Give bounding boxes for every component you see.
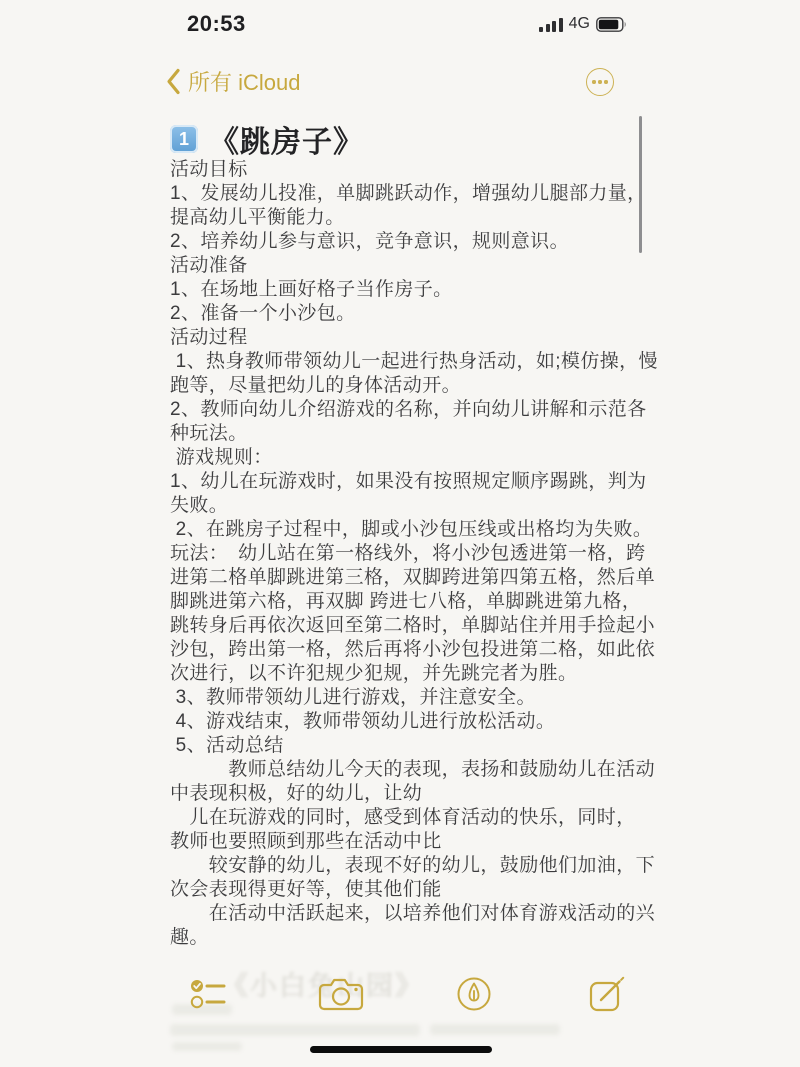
- signal-strength-icon: [539, 17, 563, 32]
- note-line: 教师总结幼儿今天的表现，表扬和鼓励幼儿在活动: [170, 758, 650, 782]
- note-title-row: 1 《跳房子》: [170, 117, 364, 161]
- note-line: 2、准备一个小沙包。: [170, 302, 650, 326]
- note-line: 1、发展幼儿投准，单脚跳跃动作，增强幼儿腿部力量，: [170, 182, 650, 206]
- note-line: 在活动中活跃起来，以培养他们对体育游戏活动的兴: [170, 902, 650, 926]
- status-time: 20:53: [187, 11, 246, 37]
- markup-pen-icon: [456, 976, 492, 1012]
- ellipsis-icon: [592, 80, 595, 83]
- compose-icon: [588, 975, 626, 1013]
- note-line: 跳转身后再依次返回至第二格时，单脚站住并用手捡起小: [170, 614, 650, 638]
- note-body[interactable]: 活动目标1、发展幼儿投准，单脚跳跃动作，增强幼儿腿部力量，提高幼儿平衡能力。2、…: [170, 158, 650, 950]
- bleed-through-smudge: [170, 1024, 420, 1036]
- more-options-button[interactable]: [586, 68, 614, 96]
- note-line: 2、在跳房子过程中，脚或小沙包压线或出格均为失败。: [170, 518, 650, 542]
- keycap-1-emoji: 1: [170, 125, 198, 153]
- checklist-icon: [190, 978, 226, 1010]
- note-title: 《跳房子》: [209, 117, 364, 161]
- note-line: 跑等，尽量把幼儿的身体活动开。: [170, 374, 650, 398]
- note-line: 儿在玩游戏的同时，感受到体育活动的快乐，同时，: [170, 806, 650, 830]
- note-line: 较安静的幼儿，表现不好的幼儿，鼓励他们加油，下: [170, 854, 650, 878]
- note-line: 活动过程: [170, 326, 650, 350]
- note-line: 教师也要照顾到那些在活动中比: [170, 830, 650, 854]
- note-line: 中表现积极，好的幼儿，让幼: [170, 782, 650, 806]
- note-line: 4、游戏结束，教师带领幼儿进行放松活动。: [170, 710, 650, 734]
- note-line: 沙包，跨出第一格，然后再将小沙包投进第二格，如此依: [170, 638, 650, 662]
- camera-icon: [317, 976, 365, 1012]
- note-line: 种玩法。: [170, 422, 650, 446]
- notes-app-screen: 20:53 4G 所有 iCloud 1 《跳房子》 活动目标1、发展幼儿投准，…: [0, 0, 800, 1067]
- note-line: 提高幼儿平衡能力。: [170, 206, 650, 230]
- note-line: 1、热身教师带领幼儿一起进行热身活动，如;模仿操，慢: [170, 350, 650, 374]
- chevron-left-icon: [166, 68, 181, 95]
- battery-icon: [596, 17, 627, 32]
- compose-button[interactable]: [582, 972, 632, 1016]
- note-line: 进第二格单脚跳进第三格，双脚跨进第四第五格，然后单: [170, 566, 650, 590]
- bleed-through-smudge: [430, 1024, 560, 1035]
- note-line: 3、教师带领幼儿进行游戏，并注意安全。: [170, 686, 650, 710]
- note-line: 次进行，以不许犯规少犯规，并先跳完者为胜。: [170, 662, 650, 686]
- note-line: 游戏规则：: [170, 446, 650, 470]
- bottom-toolbar: [183, 972, 632, 1016]
- note-line: 2、培养幼儿参与意识，竞争意识，规则意识。: [170, 230, 650, 254]
- note-line: 失败。: [170, 494, 650, 518]
- note-line: 1、幼儿在玩游戏时，如果没有按照规定顺序踢跳，判为: [170, 470, 650, 494]
- note-line: 活动准备: [170, 254, 650, 278]
- note-line: 次会表现得更好等，使其他们能: [170, 878, 650, 902]
- note-line: 活动目标: [170, 158, 650, 182]
- checklist-button[interactable]: [183, 972, 233, 1016]
- bleed-through-smudge: [172, 1042, 242, 1051]
- markup-button[interactable]: [449, 972, 499, 1016]
- note-line: 2、教师向幼儿介绍游戏的名称，并向幼儿讲解和示范各: [170, 398, 650, 422]
- note-line: 脚跳进第六格，再双脚 跨进七八格，单脚跳进第九格，: [170, 590, 650, 614]
- camera-button[interactable]: [316, 972, 366, 1016]
- network-type-label: 4G: [569, 15, 590, 33]
- back-button[interactable]: 所有 iCloud: [166, 66, 300, 97]
- note-line: 1、在场地上画好格子当作房子。: [170, 278, 650, 302]
- note-line: 5、活动总结: [170, 734, 650, 758]
- home-indicator[interactable]: [310, 1046, 492, 1053]
- note-line: 趣。: [170, 926, 650, 950]
- status-right-cluster: 4G: [539, 15, 627, 33]
- note-line: 玩法： 幼儿站在第一格线外，将小沙包透进第一格，跨: [170, 542, 650, 566]
- back-button-label: 所有 iCloud: [188, 66, 300, 97]
